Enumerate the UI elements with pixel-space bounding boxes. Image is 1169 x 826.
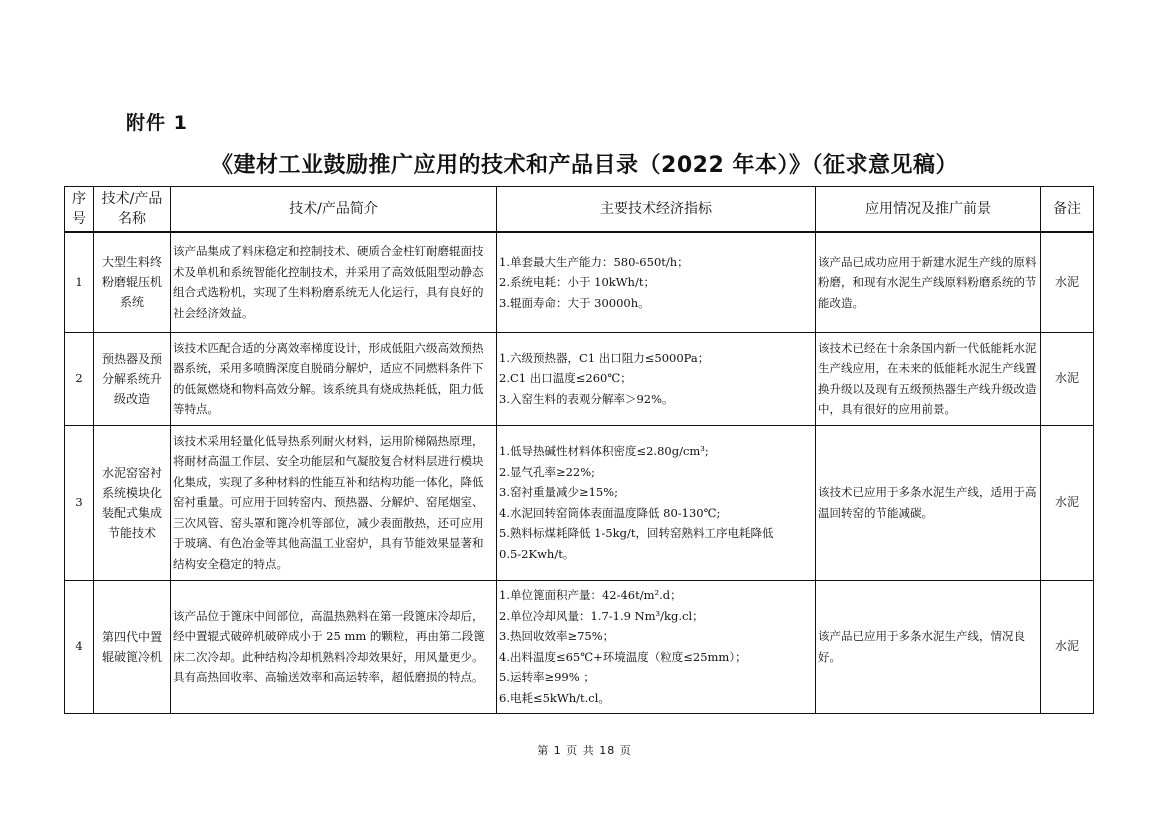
application-prospect: 该产品已成功应用于新建水泥生产线的原料粉磨，和现有水泥生产线原料粉磨系统的节能改… <box>816 232 1041 332</box>
product-name: 第四代中置辊破篦冷机 <box>94 580 171 713</box>
indicator-item: 3.窑衬重量减少≥15%; <box>499 482 813 503</box>
indicator-item: 3.入窑生料的表观分解率＞92%。 <box>499 389 813 410</box>
header-indicators: 主要技术经济指标 <box>497 187 816 233</box>
table-row: 2 预热器及预分解系统升级改造 该技术匹配合适的分离效率梯度设计，形成低阻六级高… <box>65 332 1094 425</box>
indicator-item: 1.低导热碱性材料体积密度≤2.80g/cm³; <box>499 441 813 462</box>
header-note: 备注 <box>1041 187 1094 233</box>
table-row: 4 第四代中置辊破篦冷机 该产品位于篦床中间部位，高温热熟料在第一段篦床冷却后，… <box>65 580 1094 713</box>
indicator-item: 5.熟料标煤耗降低 1-5kg/t，回转窑熟料工序电耗降低 <box>499 523 813 544</box>
attachment-label: 附件 1 <box>126 108 188 135</box>
catalog-table: 序号 技术/产品名称 技术/产品简介 主要技术经济指标 应用情况及推广前景 备注… <box>64 186 1094 714</box>
application-prospect: 该技术已经在十余条国内新一代低能耗水泥生产线应用，在未来的低能耗水泥生产线置换升… <box>816 332 1041 425</box>
note-cell: 水泥 <box>1041 332 1094 425</box>
product-name: 水泥窑窑衬系统模块化装配式集成节能技术 <box>94 425 171 580</box>
indicator-item: 0.5-2Kwh/t。 <box>499 544 813 565</box>
indicator-item: 3.辊面寿命：大于 30000h。 <box>499 293 813 314</box>
indicator-item: 1.单套最大生产能力：580-650t/h； <box>499 252 813 273</box>
note-cell: 水泥 <box>1041 232 1094 332</box>
product-name: 预热器及预分解系统升级改造 <box>94 332 171 425</box>
table-row: 3 水泥窑窑衬系统模块化装配式集成节能技术 该技术采用轻量化低导热系列耐火材料，… <box>65 425 1094 580</box>
table-row: 1 大型生料终粉磨辊压机系统 该产品集成了料床稳定和控制技术、硬质合金柱钉耐磨辊… <box>65 232 1094 332</box>
indicator-item: 4.出料温度≤65℃+环境温度（粒度≤25mm）； <box>499 647 813 668</box>
row-number: 3 <box>65 425 94 580</box>
indicator-item: 2.显气孔率≥22%; <box>499 462 813 483</box>
row-number: 1 <box>65 232 94 332</box>
row-number: 4 <box>65 580 94 713</box>
indicators-cell: 1.六级预热器，C1 出口阻力≤5000Pa； 2.C1 出口温度≤260℃； … <box>497 332 816 425</box>
indicator-item: 1.六级预热器，C1 出口阻力≤5000Pa； <box>499 348 813 369</box>
header-description: 技术/产品简介 <box>171 187 497 233</box>
application-prospect: 该产品已应用于多条水泥生产线，情况良好。 <box>816 580 1041 713</box>
page-number: 第 1 页 共 18 页 <box>0 742 1169 758</box>
header-no: 序号 <box>65 187 94 233</box>
indicators-cell: 1.单套最大生产能力：580-650t/h； 2.系统电耗：小于 10kWh/t… <box>497 232 816 332</box>
indicator-item: 2.系统电耗：小于 10kWh/t； <box>499 272 813 293</box>
row-number: 2 <box>65 332 94 425</box>
indicator-item: 5.运转率≥99% ； <box>499 667 813 688</box>
product-description: 该技术匹配合适的分离效率梯度设计，形成低阻六级高效预热器系统，采用多喷腾深度自脱… <box>171 332 497 425</box>
product-description: 该产品位于篦床中间部位，高温热熟料在第一段篦床冷却后，经中置辊式破碎机破碎成小于… <box>171 580 497 713</box>
indicator-item: 6.电耗≤5kWh/t.cl。 <box>499 688 813 709</box>
document-title: 《建材工业鼓励推广应用的技术和产品目录（2022 年本）》（征求意见稿） <box>0 148 1169 179</box>
note-cell: 水泥 <box>1041 580 1094 713</box>
header-application: 应用情况及推广前景 <box>816 187 1041 233</box>
indicators-cell: 1.低导热碱性材料体积密度≤2.80g/cm³; 2.显气孔率≥22%; 3.窑… <box>497 425 816 580</box>
header-name: 技术/产品名称 <box>94 187 171 233</box>
indicator-item: 1.单位篦面积产量：42-46t/m².d； <box>499 585 813 606</box>
product-name: 大型生料终粉磨辊压机系统 <box>94 232 171 332</box>
note-cell: 水泥 <box>1041 425 1094 580</box>
product-description: 该技术采用轻量化低导热系列耐火材料，运用阶梯隔热原理，将耐材高温工作层、安全功能… <box>171 425 497 580</box>
application-prospect: 该技术已应用于多条水泥生产线，适用于高温回转窑的节能减碳。 <box>816 425 1041 580</box>
indicator-item: 2.单位冷却风量：1.7-1.9 Nm³/kg.cl； <box>499 606 813 627</box>
indicators-cell: 1.单位篦面积产量：42-46t/m².d； 2.单位冷却风量：1.7-1.9 … <box>497 580 816 713</box>
indicator-item: 2.C1 出口温度≤260℃； <box>499 368 813 389</box>
table-header-row: 序号 技术/产品名称 技术/产品简介 主要技术经济指标 应用情况及推广前景 备注 <box>65 187 1094 233</box>
indicator-item: 3.热回收效率≥75%； <box>499 626 813 647</box>
indicator-item: 4.水泥回转窑筒体表面温度降低 80-130℃; <box>499 503 813 524</box>
product-description: 该产品集成了料床稳定和控制技术、硬质合金柱钉耐磨辊面技术及单机和系统智能化控制技… <box>171 232 497 332</box>
